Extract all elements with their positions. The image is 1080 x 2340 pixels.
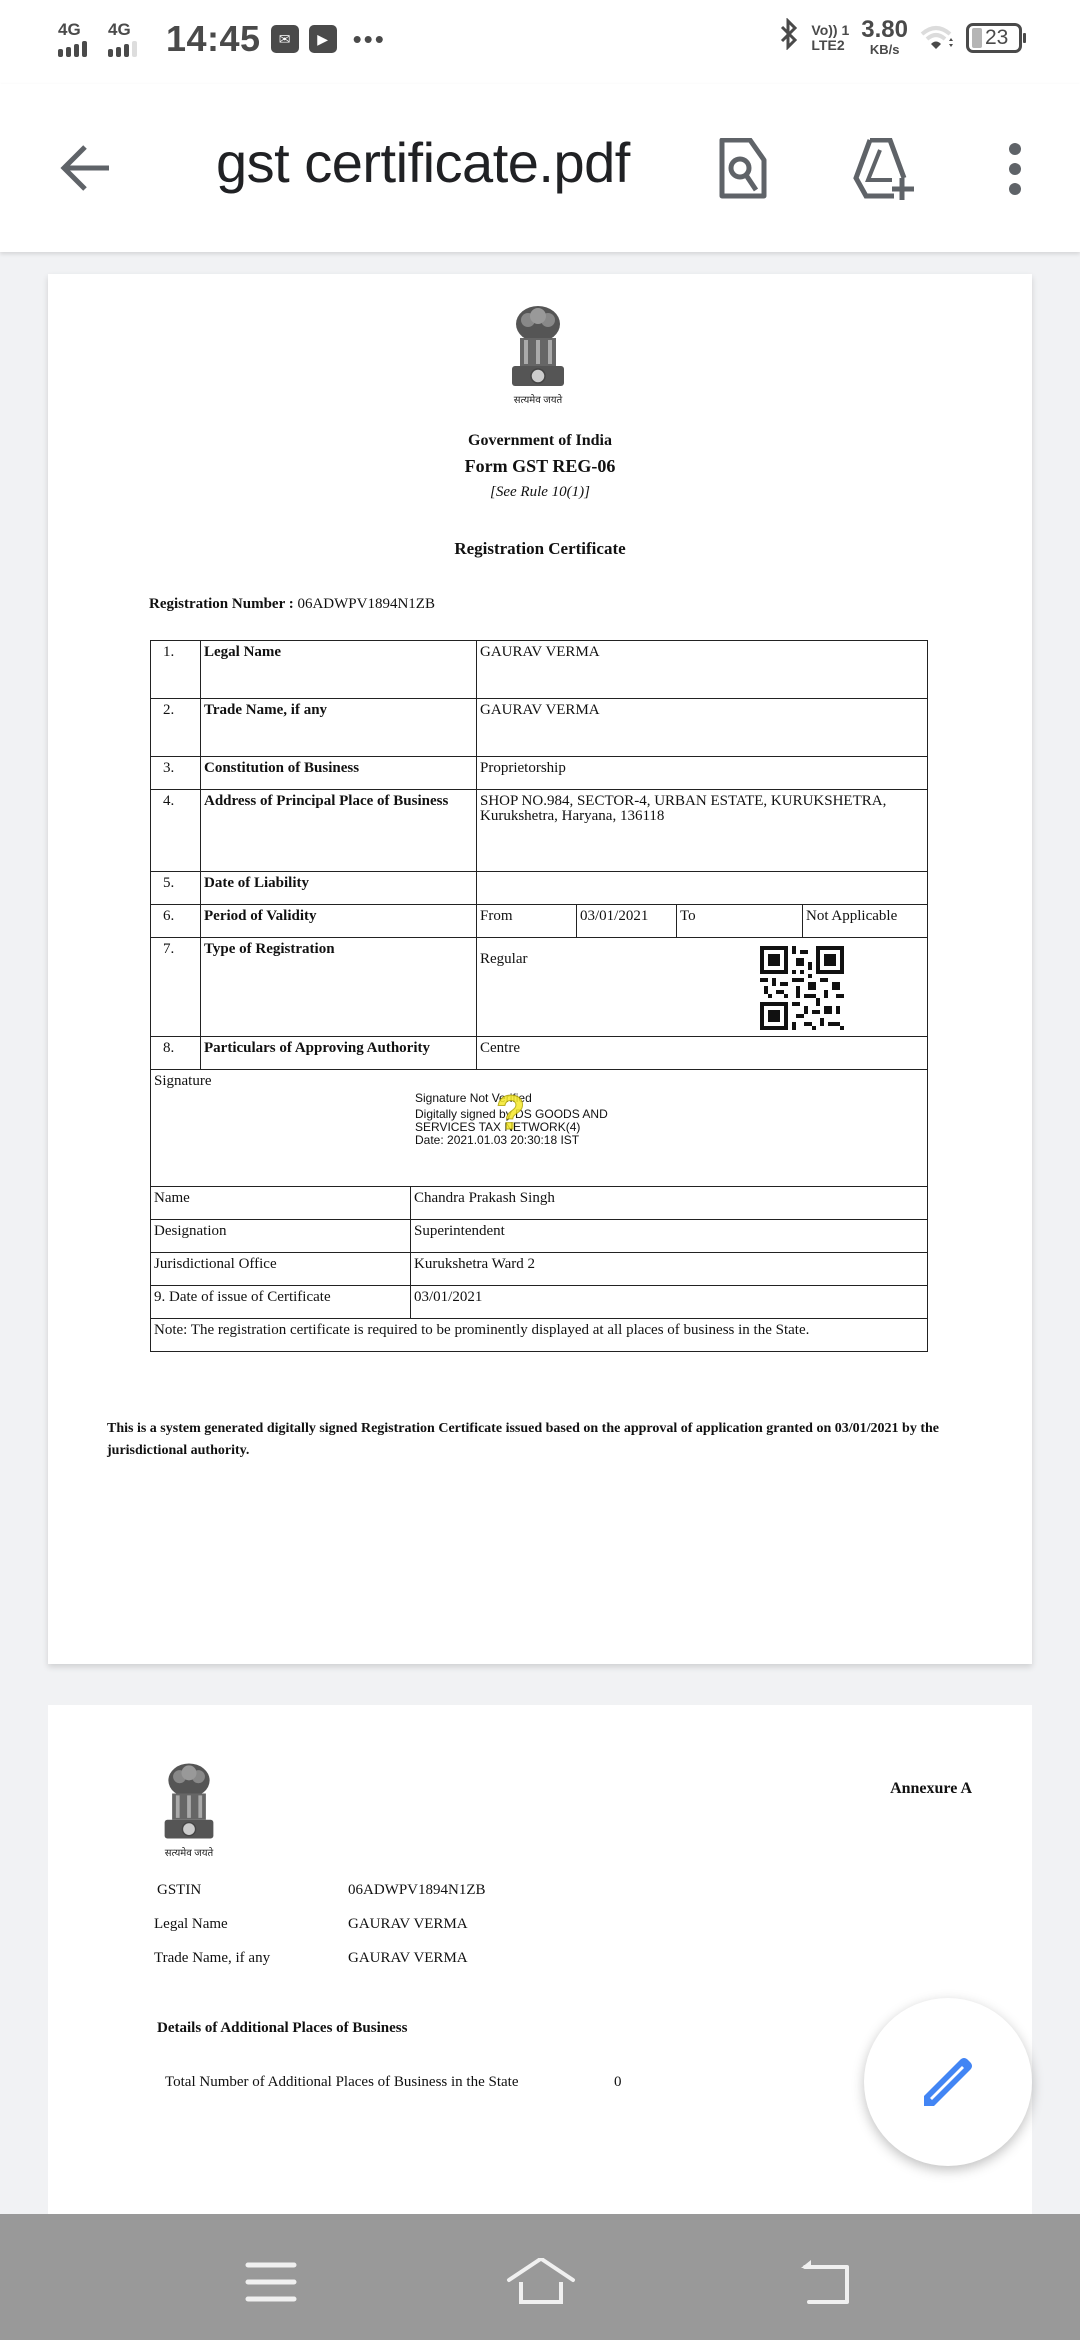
national-emblem: सत्यमेव जयते <box>506 302 570 406</box>
additional-places-heading: Details of Additional Places of Business <box>157 2020 407 2037</box>
legal-name-value: GAURAV VERMA <box>348 1916 468 1933</box>
table-row: 2.Trade Name, if anyGAURAV VERMA <box>151 699 928 757</box>
more-notifications-icon: ••• <box>353 29 386 49</box>
trade-name-value: GAURAV VERMA <box>348 1950 468 1967</box>
battery-level: 23 <box>985 26 1008 50</box>
gstin-label: GSTIN <box>157 1882 201 1899</box>
table-row: 6.Period of Validity From 03/01/2021 To … <box>151 905 928 938</box>
recents-button[interactable] <box>236 2252 306 2312</box>
table-row: 1.Legal NameGAURAV VERMA <box>151 641 928 699</box>
gstin-value: 06ADWPV1894N1ZB <box>348 1882 486 1899</box>
trade-name-label: Trade Name, if any <box>154 1950 270 1967</box>
national-emblem-icon <box>506 302 570 390</box>
pdf-page-1[interactable]: सत्यमेव जयते Government of India Form GS… <box>48 274 1032 1664</box>
table-row: 5.Date of Liability <box>151 872 928 905</box>
back-button[interactable] <box>50 138 120 198</box>
form-heading: Form GST REG-06 <box>48 456 1032 477</box>
table-row: 4.Address of Principal Place of Business… <box>151 790 928 872</box>
network-speed: 3.80 KB/s <box>861 20 908 56</box>
back-icon <box>797 2259 853 2305</box>
signal-sim2-icon: 4G <box>108 19 148 59</box>
add-to-drive-button[interactable] <box>852 134 922 204</box>
app-bar: gst certificate.pdf <box>0 84 1080 252</box>
email-icon: ✉ <box>271 25 299 53</box>
rule-reference: [See Rule 10(1)] <box>48 484 1032 501</box>
total-places-label: Total Number of Additional Places of Bus… <box>165 2074 518 2091</box>
signature-label: Signature <box>154 1073 212 1089</box>
volte-indicator: Vo)) 1LTE2 <box>811 23 849 53</box>
table-row: 9. Date of issue of Certificate03/01/202… <box>151 1286 928 1319</box>
edit-fab-button[interactable] <box>864 1998 1032 2166</box>
find-in-page-button[interactable] <box>708 134 778 204</box>
registration-number: Registration Number : 06ADWPV1894N1ZB <box>149 596 435 613</box>
legal-name-label: Legal Name <box>154 1916 228 1933</box>
home-button[interactable] <box>506 2252 576 2312</box>
home-icon <box>506 2258 576 2306</box>
more-options-button[interactable] <box>980 134 1050 204</box>
annexure-heading: Annexure A <box>890 1780 972 1798</box>
signal-sim1-icon: 4G <box>58 19 98 59</box>
edit-pencil-icon <box>918 2052 978 2112</box>
qr-code[interactable] <box>760 946 844 1030</box>
note-row: Note: The registration certificate is re… <box>151 1319 928 1352</box>
network-type-label: 4G <box>58 21 81 38</box>
table-row: Jurisdictional OfficeKurukshetra Ward 2 <box>151 1253 928 1286</box>
table-row: DesignationSuperintendent <box>151 1220 928 1253</box>
add-to-drive-icon <box>852 138 922 200</box>
more-vert-icon <box>1007 141 1023 197</box>
network-type-label: 4G <box>108 21 131 38</box>
wifi-icon <box>920 24 954 52</box>
status-bar: 4G 4G 14:45 ✉ ▶ ••• Vo)) 1LTE2 3.80 KB/s <box>0 0 1080 84</box>
table-row: 3.Constitution of BusinessProprietorship <box>151 757 928 790</box>
navigation-bar <box>0 2214 1080 2340</box>
clock: 14:45 <box>166 18 261 60</box>
national-emblem-icon <box>159 1759 219 1843</box>
national-emblem: सत्यमेव जयते <box>159 1759 219 1859</box>
gov-heading: Government of India <box>48 432 1032 450</box>
find-in-page-icon <box>718 138 768 200</box>
table-row: NameChandra Prakash Singh <box>151 1187 928 1220</box>
document-title: gst certificate.pdf <box>216 130 630 195</box>
signature-unverified-icon: ? <box>496 1086 525 1141</box>
total-places-value: 0 <box>614 2074 622 2091</box>
youtube-icon: ▶ <box>309 25 337 53</box>
certificate-heading: Registration Certificate <box>48 539 1032 559</box>
system-generated-note: This is a system generated digitally sig… <box>107 1418 987 1462</box>
bluetooth-icon <box>779 18 799 58</box>
back-nav-button[interactable] <box>790 2252 860 2312</box>
recents-menu-icon <box>245 2261 297 2303</box>
back-arrow-icon <box>59 144 111 192</box>
battery-icon: 23 <box>966 23 1022 53</box>
table-row: 8.Particulars of Approving AuthorityCent… <box>151 1037 928 1070</box>
